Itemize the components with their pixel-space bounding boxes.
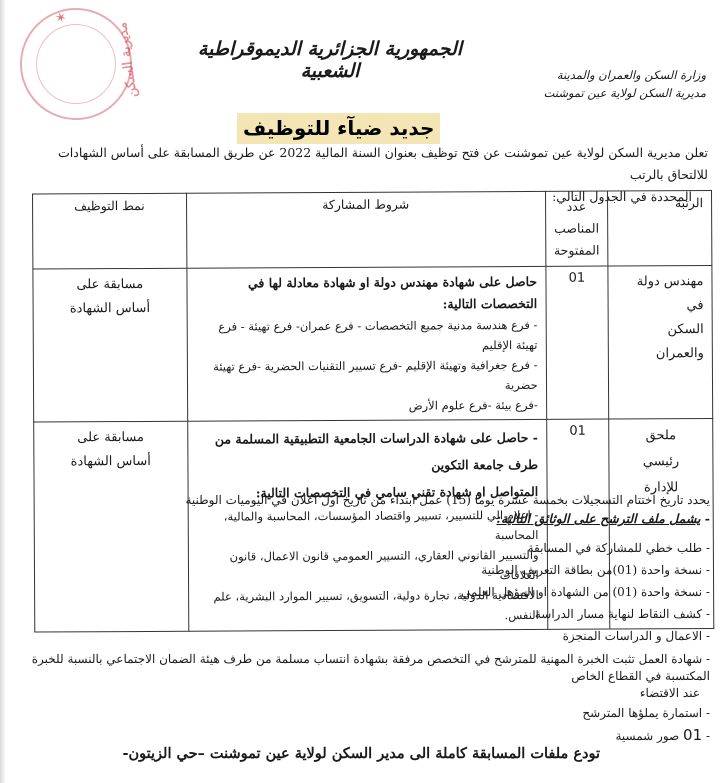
documents-heading-text: يشمل ملف الترشح على الوثائق التالية: <box>496 511 700 526</box>
watermark-banner: جديد ضيآء للتوظيف <box>237 113 440 144</box>
mode-cell: مسابقة على أساس الشهادة <box>33 268 187 422</box>
experience-line-1: - شهادة العمل تثبت الخبرة المهنية للمترش… <box>32 652 710 683</box>
document-item: - نسخة واحدة (01) من الشهادة او المؤهل ا… <box>10 581 710 603</box>
conditions-line: - فرع جغرافية وتهيئة الإقليم -فرع تسيير … <box>196 355 538 397</box>
documents-heading-dash: - <box>700 511 710 526</box>
conditions-cell: حاصل على شهادة مهندس دولة او شهادة معادل… <box>187 266 547 421</box>
rank-line: مهندس دولة في <box>617 270 704 318</box>
mode-line: أساس الشهادة <box>42 450 179 475</box>
stamp-text: مديرية السكن <box>115 21 140 98</box>
ministry-block: وزارة السكن والعمران والمدينة مديرية الس… <box>544 66 706 102</box>
experience-line-2: عند الاقتضاء <box>10 685 710 702</box>
conditions-line: - فرع هندسة مدنية جميع التخصصات - فرع عم… <box>195 315 537 357</box>
document-item: - الاعمال و الدراسات المنجزة <box>10 625 710 647</box>
conditions-title: - حاصل على شهادة الدراسات الجامعية التطب… <box>196 424 538 480</box>
conditions-title: حاصل على شهادة مهندس دولة او شهادة معادل… <box>195 271 537 317</box>
table-row: مهندس دولة في السكن والعمران 01 حاصل على… <box>33 266 713 423</box>
header-count: عدد المناصب المفتوحة <box>545 191 608 266</box>
mode-line: مسابقة على <box>41 273 178 298</box>
table-header-row: الرتبة عدد المناصب المفتوحة شروط المشارك… <box>33 191 712 270</box>
rank-line: رئيسي <box>617 449 704 475</box>
photo-text: صور شمسية <box>615 729 683 743</box>
directorate-name: مديرية السكن لولاية عين تموشنت <box>544 84 706 102</box>
header-rank: الرتبة <box>608 191 712 267</box>
conditions-line: -فرع بيئة -فرع علوم الأرض <box>196 395 538 417</box>
document-item: - نسخة واحدة (01)من بطاقة التعريف الوطني… <box>10 559 710 581</box>
photo-count: 01 <box>683 726 702 744</box>
documents-list: - طلب خطي للمشاركة في المسابقة - نسخة وا… <box>10 537 710 747</box>
header-mode: نمط التوظيف <box>33 193 187 269</box>
mode-line: أساس الشهادة <box>42 297 179 322</box>
photo-dash: - <box>702 729 710 743</box>
registration-deadline: يحدد تاريخ اختتام التسجيلات بخمسة عشرة ي… <box>10 491 710 509</box>
rank-line: السكن والعمران <box>617 318 704 366</box>
header-conditions: شروط المشاركة <box>186 191 545 268</box>
header-count-line: المناصب <box>554 218 600 240</box>
document-item-experience: - شهادة العمل تثبت الخبرة المهنية للمترش… <box>10 647 710 702</box>
documents-heading: - يشمل ملف الترشح على الوثائق التالية: <box>496 511 710 526</box>
document-item: - طلب خطي للمشاركة في المسابقة <box>10 537 710 559</box>
mode-line: مسابقة على <box>42 426 179 451</box>
submission-address: تودع ملفات المسابقة كاملة الى مدير السكن… <box>122 745 600 762</box>
rank-cell: مهندس دولة في السكن والعمران <box>608 266 713 420</box>
document-item: - كشف النقاط لنهاية مسار الدراسة <box>10 603 710 625</box>
official-stamp: ✶ مديرية السكن <box>5 0 146 135</box>
document-item-photos: - 01 صور شمسية <box>10 724 710 747</box>
count-cell: 01 <box>546 266 609 419</box>
stamp-inner-ring <box>26 14 127 115</box>
intro-line-1: تعلن مديرية السكن لولاية عين تموشنت عن ف… <box>58 145 708 182</box>
ministry-name: وزارة السكن والعمران والمدينة <box>544 66 706 84</box>
header-count-line: عدد <box>554 196 600 218</box>
header-count-line: المفتوحة <box>554 240 600 262</box>
rank-line: ملحق <box>617 423 704 449</box>
republic-title: الجمهورية الجزائرية الديموقراطية الشعبية <box>170 38 490 82</box>
scan-edge <box>0 0 6 783</box>
document-item: - استمارة يملؤها المترشح <box>10 702 710 724</box>
